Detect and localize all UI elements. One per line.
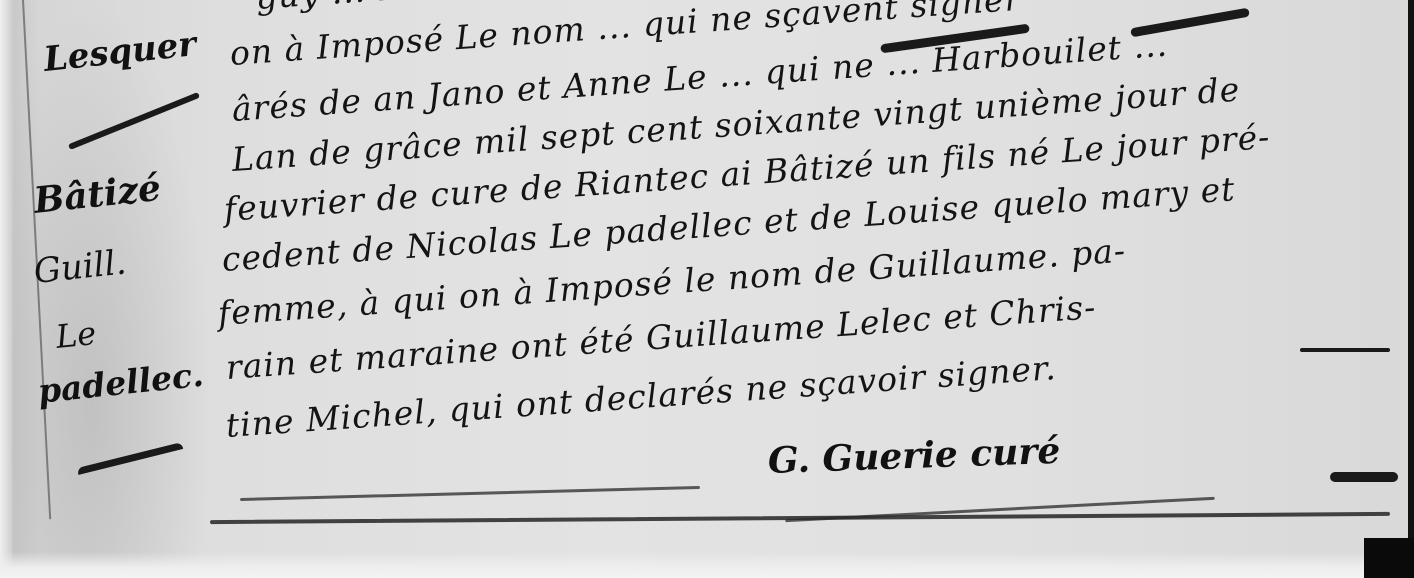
closing-rule-1: [240, 486, 700, 501]
signature-dash: [1330, 472, 1398, 482]
manuscript-page: ſ Lesquer Bâtizé Guill. Le padellec. guy…: [0, 0, 1414, 578]
margin-note-le: Le: [54, 314, 98, 356]
flourish-abbrev-2: [1130, 8, 1250, 38]
line-end-dash: [1300, 348, 1390, 352]
page-right-edge: [1408, 0, 1414, 578]
priest-signature: G. Guerie curé: [767, 430, 1061, 482]
scan-corner: [1364, 538, 1414, 578]
page-bottom-edge: [0, 552, 1414, 578]
